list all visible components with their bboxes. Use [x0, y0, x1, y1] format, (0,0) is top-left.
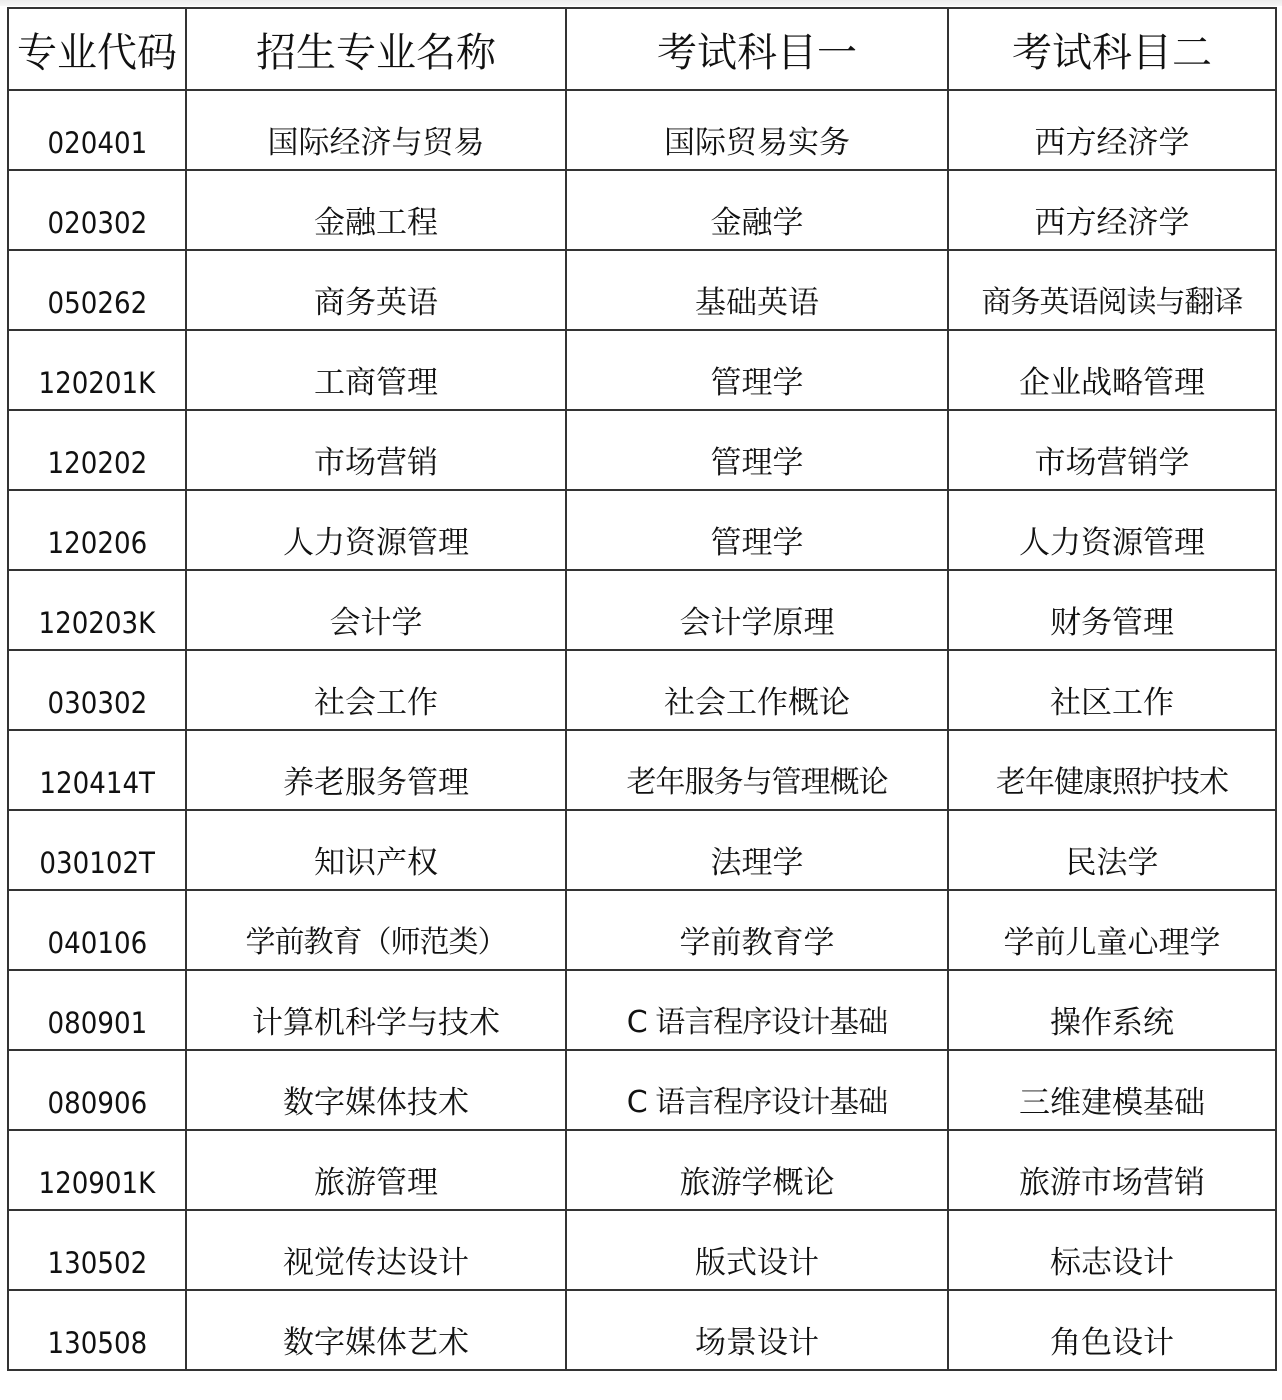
cell-code: 040106: [8, 890, 186, 970]
cell-code: 120414T: [8, 730, 186, 810]
cell-subject2: 民法学: [948, 810, 1276, 890]
cell-major: 数字媒体技术: [186, 1050, 566, 1130]
table-row: 120414T 养老服务管理 老年服务与管理概论 老年健康照护技术: [8, 730, 1276, 810]
cell-code: 020302: [8, 170, 186, 250]
exam-subjects-table: 专业代码 招生专业名称 考试科目一 考试科目二 020401 国际经济与贸易 国…: [7, 7, 1277, 1371]
cell-subject1: 管理学: [566, 490, 948, 570]
cell-subject1: 版式设计: [566, 1210, 948, 1290]
cell-subject2: 人力资源管理: [948, 490, 1276, 570]
cell-code: 020401: [8, 90, 186, 170]
cell-major: 人力资源管理: [186, 490, 566, 570]
cell-code: 130502: [8, 1210, 186, 1290]
cell-subject2: 商务英语阅读与翻译: [948, 250, 1276, 330]
table-row: 130502 视觉传达设计 版式设计 标志设计: [8, 1210, 1276, 1290]
header-exam-subject-2: 考试科目二: [948, 8, 1276, 90]
cell-major: 旅游管理: [186, 1130, 566, 1210]
cell-major: 数字媒体艺术: [186, 1290, 566, 1370]
cell-subject1: C 语言程序设计基础: [566, 1050, 948, 1130]
cell-code: 050262: [8, 250, 186, 330]
cell-subject2: 学前儿童心理学: [948, 890, 1276, 970]
cell-subject1: 会计学原理: [566, 570, 948, 650]
cell-subject1: 场景设计: [566, 1290, 948, 1370]
cell-major: 计算机科学与技术: [186, 970, 566, 1050]
cell-subject2: 操作系统: [948, 970, 1276, 1050]
cell-subject1: 旅游学概论: [566, 1130, 948, 1210]
cell-subject1: 管理学: [566, 410, 948, 490]
cell-major: 学前教育（师范类）: [186, 890, 566, 970]
cell-major: 会计学: [186, 570, 566, 650]
cell-subject1: C 语言程序设计基础: [566, 970, 948, 1050]
cell-subject2: 社区工作: [948, 650, 1276, 730]
cell-subject2: 旅游市场营销: [948, 1130, 1276, 1210]
cell-subject1: 老年服务与管理概论: [566, 730, 948, 810]
cell-major: 金融工程: [186, 170, 566, 250]
cell-code: 120901K: [8, 1130, 186, 1210]
cell-major: 视觉传达设计: [186, 1210, 566, 1290]
cell-subject2: 角色设计: [948, 1290, 1276, 1370]
header-major-name: 招生专业名称: [186, 8, 566, 90]
cell-subject2: 西方经济学: [948, 170, 1276, 250]
table-row: 040106 学前教育（师范类） 学前教育学 学前儿童心理学: [8, 890, 1276, 970]
cell-major: 商务英语: [186, 250, 566, 330]
table-row: 120202 市场营销 管理学 市场营销学: [8, 410, 1276, 490]
cell-code: 120202: [8, 410, 186, 490]
cell-code: 080906: [8, 1050, 186, 1130]
header-exam-subject-1: 考试科目一: [566, 8, 948, 90]
cell-subject1: 管理学: [566, 330, 948, 410]
cell-major: 国际经济与贸易: [186, 90, 566, 170]
header-major-code: 专业代码: [8, 8, 186, 90]
cell-major: 养老服务管理: [186, 730, 566, 810]
cell-major: 工商管理: [186, 330, 566, 410]
cell-code: 120206: [8, 490, 186, 570]
table-row: 080906 数字媒体技术 C 语言程序设计基础 三维建模基础: [8, 1050, 1276, 1130]
cell-major: 市场营销: [186, 410, 566, 490]
table-row: 050262 商务英语 基础英语 商务英语阅读与翻译: [8, 250, 1276, 330]
table-row: 020401 国际经济与贸易 国际贸易实务 西方经济学: [8, 90, 1276, 170]
cell-code: 120201K: [8, 330, 186, 410]
table-header-row: 专业代码 招生专业名称 考试科目一 考试科目二: [8, 8, 1276, 90]
cell-subject1: 基础英语: [566, 250, 948, 330]
cell-subject1: 金融学: [566, 170, 948, 250]
cell-subject2: 企业战略管理: [948, 330, 1276, 410]
cell-code: 030102T: [8, 810, 186, 890]
cell-subject1: 国际贸易实务: [566, 90, 948, 170]
cell-subject2: 老年健康照护技术: [948, 730, 1276, 810]
cell-major: 知识产权: [186, 810, 566, 890]
cell-subject1: 学前教育学: [566, 890, 948, 970]
cell-subject1: 社会工作概论: [566, 650, 948, 730]
table-row: 120203K 会计学 会计学原理 财务管理: [8, 570, 1276, 650]
table-row: 120201K 工商管理 管理学 企业战略管理: [8, 330, 1276, 410]
cell-subject1: 法理学: [566, 810, 948, 890]
table-row: 030102T 知识产权 法理学 民法学: [8, 810, 1276, 890]
table-row: 020302 金融工程 金融学 西方经济学: [8, 170, 1276, 250]
cell-subject2: 标志设计: [948, 1210, 1276, 1290]
cell-subject2: 西方经济学: [948, 90, 1276, 170]
cell-code: 030302: [8, 650, 186, 730]
cell-subject2: 财务管理: [948, 570, 1276, 650]
cell-major: 社会工作: [186, 650, 566, 730]
table-row: 080901 计算机科学与技术 C 语言程序设计基础 操作系统: [8, 970, 1276, 1050]
table-row: 030302 社会工作 社会工作概论 社区工作: [8, 650, 1276, 730]
cell-subject2: 市场营销学: [948, 410, 1276, 490]
top-edge-shade: [0, 0, 1282, 6]
cell-code: 130508: [8, 1290, 186, 1370]
table-row: 130508 数字媒体艺术 场景设计 角色设计: [8, 1290, 1276, 1370]
table-row: 120901K 旅游管理 旅游学概论 旅游市场营销: [8, 1130, 1276, 1210]
cell-code: 120203K: [8, 570, 186, 650]
cell-code: 080901: [8, 970, 186, 1050]
table-row: 120206 人力资源管理 管理学 人力资源管理: [8, 490, 1276, 570]
cell-subject2: 三维建模基础: [948, 1050, 1276, 1130]
table-body: 020401 国际经济与贸易 国际贸易实务 西方经济学 020302 金融工程 …: [8, 90, 1276, 1370]
